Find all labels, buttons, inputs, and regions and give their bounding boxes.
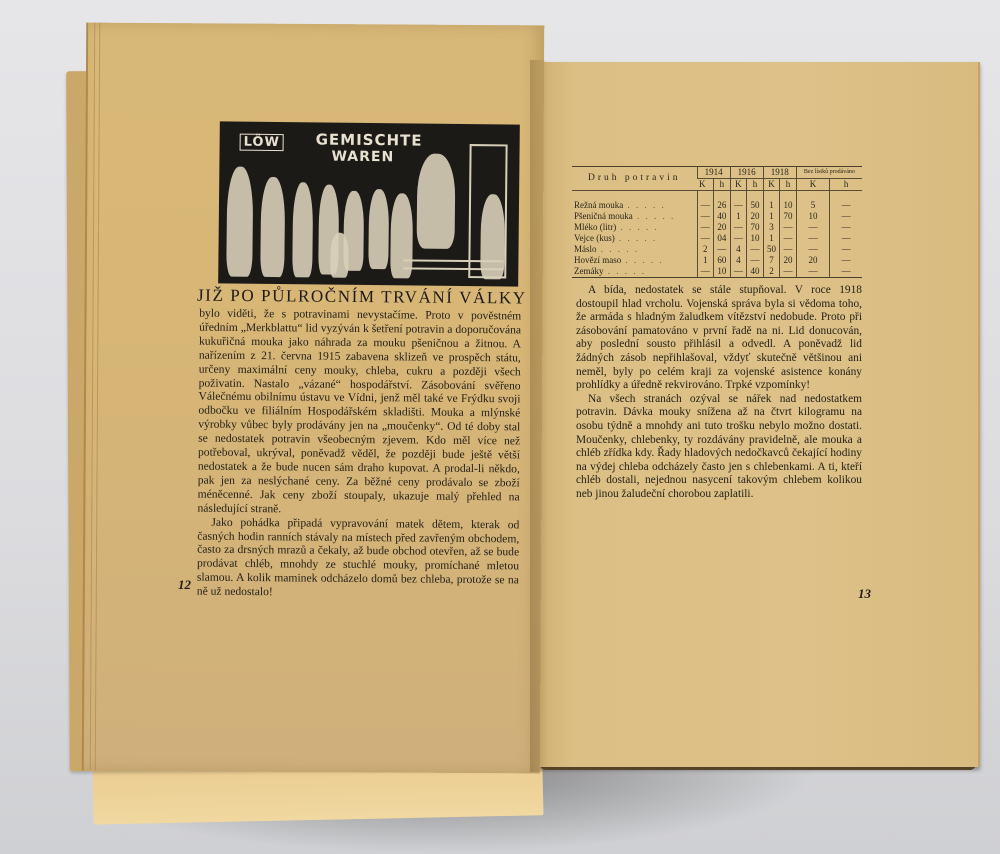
price-cell: 20 bbox=[714, 222, 731, 233]
paragraph: Jako pohádka připadá vypravování matek d… bbox=[197, 515, 520, 601]
sub-header: K bbox=[763, 179, 780, 191]
item-label: Máslo bbox=[574, 244, 597, 254]
table-header-year: 1916 bbox=[730, 167, 763, 179]
item-name: Hovězí maso . . . . . bbox=[572, 255, 697, 266]
item-name: Vejce (kus) . . . . . bbox=[572, 233, 697, 244]
price-cell: 20 bbox=[796, 255, 829, 266]
price-cell: 1 bbox=[730, 211, 747, 222]
price-cell: 04 bbox=[714, 233, 731, 244]
leader-dots: . . . . . bbox=[623, 200, 666, 210]
price-cell: — bbox=[830, 266, 862, 278]
price-cell: 3 bbox=[763, 222, 780, 233]
price-cell: — bbox=[697, 211, 714, 222]
price-cell: — bbox=[796, 222, 829, 233]
chapter-heading: JIŽ PO PŮLROČNÍM TRVÁNÍ VÁLKY bbox=[197, 286, 517, 309]
right-page-body: A bída, nedostatek se stále stupňoval. V… bbox=[576, 284, 862, 502]
price-cell: 20 bbox=[747, 211, 764, 222]
price-cell: — bbox=[780, 233, 797, 244]
table-header-year: 1914 bbox=[697, 167, 730, 179]
table-row: Zemáky . . . . .—10—402——— bbox=[572, 266, 862, 278]
price-cell: 70 bbox=[747, 222, 764, 233]
paragraph: bylo viděti, že s potravinami nevystačím… bbox=[197, 307, 521, 518]
leader-dots: . . . . . bbox=[597, 244, 640, 254]
figure-woman-2 bbox=[260, 177, 285, 277]
item-name: Mléko (litr) . . . . . bbox=[572, 222, 697, 233]
item-label: Zemáky bbox=[574, 266, 604, 276]
price-cell: 2 bbox=[763, 266, 780, 278]
shop-sign-line1: GEMISCHTE bbox=[316, 130, 423, 149]
table-row: Pšeničná mouka . . . . .—4012017010— bbox=[572, 211, 862, 222]
item-label: Režná mouka bbox=[574, 200, 623, 210]
price-cell: — bbox=[747, 244, 764, 255]
price-cell: 10 bbox=[714, 266, 731, 278]
price-cell: 60 bbox=[714, 255, 731, 266]
price-cell: 1 bbox=[763, 233, 780, 244]
price-cell: 4 bbox=[730, 255, 747, 266]
table-row: Režná mouka . . . . .—26—501105— bbox=[572, 191, 862, 212]
price-cell: — bbox=[730, 222, 747, 233]
table-row: Mléko (litr) . . . . .—20—703——— bbox=[572, 222, 862, 233]
price-cell: 50 bbox=[747, 191, 764, 212]
leader-dots: . . . . . bbox=[615, 233, 658, 243]
paragraph: A bída, nedostatek se stále stupňoval. V… bbox=[576, 284, 862, 393]
price-cell: — bbox=[780, 266, 797, 278]
leader-dots: . . . . . bbox=[633, 211, 676, 221]
price-cell: — bbox=[796, 233, 829, 244]
price-cell: 40 bbox=[747, 266, 764, 278]
price-cell: — bbox=[830, 244, 862, 255]
price-cell: — bbox=[796, 266, 829, 278]
price-cell: — bbox=[780, 244, 797, 255]
sub-header: K bbox=[730, 179, 747, 191]
price-cell: — bbox=[830, 191, 862, 212]
figure-shopkeeper bbox=[417, 154, 456, 249]
item-name: Režná mouka . . . . . bbox=[572, 191, 697, 212]
page-number-right: 13 bbox=[858, 586, 871, 602]
price-cell: 20 bbox=[780, 255, 797, 266]
paragraph: Na všech stranách ozýval se nářek nad ne… bbox=[576, 393, 862, 502]
sub-header: h bbox=[714, 179, 731, 191]
price-cell: — bbox=[830, 222, 862, 233]
price-cell: — bbox=[730, 266, 747, 278]
price-cell: — bbox=[697, 233, 714, 244]
price-table: Druh potravin 1914 1916 1918 Bez lístků … bbox=[572, 166, 862, 278]
sub-header: h bbox=[830, 179, 862, 191]
price-cell: — bbox=[830, 211, 862, 222]
figure-child bbox=[330, 233, 348, 278]
price-cell: 1 bbox=[763, 211, 780, 222]
price-cell: 40 bbox=[714, 211, 731, 222]
table-row: Máslo . . . . .2—4—50——— bbox=[572, 244, 862, 255]
leader-dots: . . . . . bbox=[616, 222, 659, 232]
price-cell: 5 bbox=[796, 191, 829, 212]
sub-header: h bbox=[747, 179, 764, 191]
item-label: Vejce (kus) bbox=[574, 233, 615, 243]
price-cell: — bbox=[747, 255, 764, 266]
price-cell: 26 bbox=[714, 191, 731, 212]
price-cell: 70 bbox=[780, 211, 797, 222]
sub-header: K bbox=[697, 179, 714, 191]
price-cell: 10 bbox=[780, 191, 797, 212]
book-gutter bbox=[530, 60, 548, 772]
price-cell: — bbox=[830, 233, 862, 244]
table-header-no-ticket: Bez lístků prodáváno bbox=[796, 167, 862, 179]
price-cell: 4 bbox=[730, 244, 747, 255]
price-cell: — bbox=[730, 191, 747, 212]
figure-woman-3 bbox=[292, 182, 313, 277]
item-label: Mléko (litr) bbox=[574, 222, 616, 232]
price-cell: 10 bbox=[747, 233, 764, 244]
table-header-year: 1918 bbox=[763, 167, 796, 179]
price-cell: — bbox=[830, 255, 862, 266]
price-cell: — bbox=[730, 233, 747, 244]
page-number-left: 12 bbox=[178, 577, 191, 593]
price-cell: 50 bbox=[763, 244, 780, 255]
figure-woman-8 bbox=[480, 194, 505, 279]
price-cell: — bbox=[780, 222, 797, 233]
table-row: Hovězí maso . . . . .1604—72020— bbox=[572, 255, 862, 266]
figure-woman-6 bbox=[368, 189, 389, 269]
item-label: Hovězí maso bbox=[574, 255, 621, 265]
sub-header: h bbox=[780, 179, 797, 191]
figure-woman-1 bbox=[226, 167, 253, 277]
item-name: Pšeničná mouka . . . . . bbox=[572, 211, 697, 222]
table-header-item: Druh potravin bbox=[572, 167, 697, 191]
price-cell: — bbox=[697, 266, 714, 278]
item-name: Zemáky . . . . . bbox=[572, 266, 697, 278]
left-page-body: bylo viděti, že s potravinami nevystačím… bbox=[197, 307, 522, 602]
price-cell: 7 bbox=[763, 255, 780, 266]
price-cell: — bbox=[796, 244, 829, 255]
item-label: Pšeničná mouka bbox=[574, 211, 633, 221]
price-cell: — bbox=[697, 191, 714, 212]
woodcut-illustration: LÖW GEMISCHTE WAREN bbox=[218, 121, 520, 286]
sub-header: K bbox=[796, 179, 829, 191]
shop-sign-low: LÖW bbox=[240, 134, 284, 151]
price-cell: — bbox=[697, 222, 714, 233]
shop-sign-line2: WAREN bbox=[331, 149, 394, 166]
item-name: Máslo . . . . . bbox=[572, 244, 697, 255]
price-cell: 2 bbox=[697, 244, 714, 255]
price-cell: — bbox=[714, 244, 731, 255]
price-cell: 1 bbox=[763, 191, 780, 212]
table-row: Vejce (kus) . . . . .—04—101——— bbox=[572, 233, 862, 244]
leader-dots: . . . . . bbox=[621, 255, 664, 265]
leader-dots: . . . . . bbox=[604, 266, 647, 276]
price-cell: 10 bbox=[796, 211, 829, 222]
price-cell: 1 bbox=[697, 255, 714, 266]
